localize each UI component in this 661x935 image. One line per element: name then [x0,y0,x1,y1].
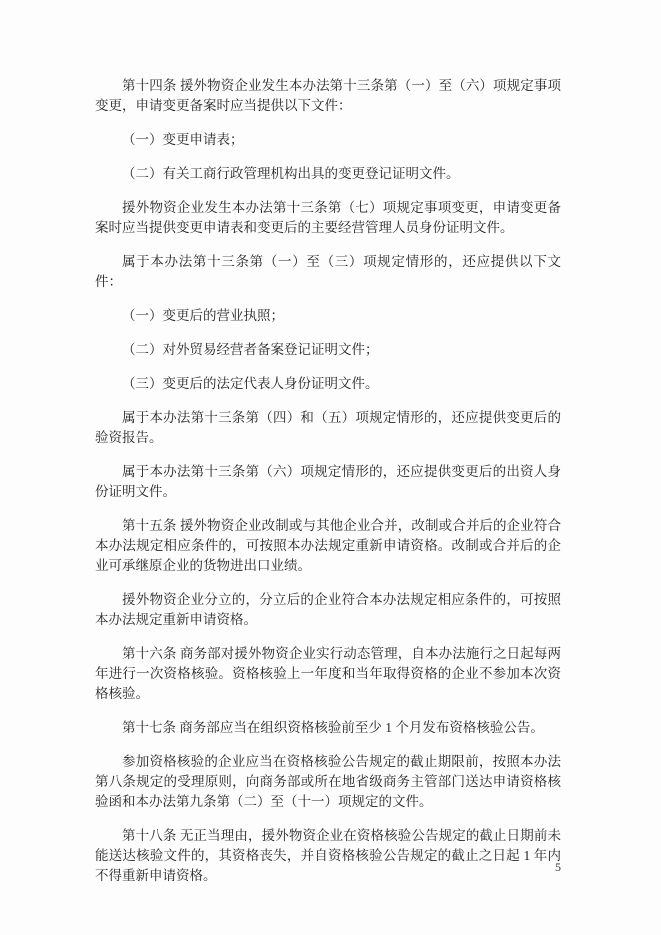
document-body: 第十四条 援外物资企业发生本办法第十三条第（一）至（六）项规定事项变更，申请变更… [95,76,561,900]
page-number: 5 [95,860,561,875]
para-article-14-item-1: （一）变更申请表； [95,130,561,150]
para-article-14-para-3: 属于本办法第十三条第（一）至（三）项规定情形的，还应提供以下文件： [95,252,561,292]
para-article-15-para-2: 援外物资企业分立的，分立后的企业符合本办法规定相应条件的，可按照本办法规定重新申… [95,590,561,630]
para-article-14-item-2: （二）有关工商行政管理机构出具的变更登记证明文件。 [95,164,561,184]
para-article-18-para-1: 第十八条 无正当理由，援外物资企业在资格核验公告规定的截止日期前未能送达核验文件… [95,826,561,886]
para-article-15-para-1: 第十五条 援外物资企业改制或与其他企业合并，改制或合并后的企业符合本办法规定相应… [95,516,561,576]
para-article-16-para-1: 第十六条 商务部对援外物资企业实行动态管理，自本办法施行之日起每两年进行一次资格… [95,644,561,704]
para-article-14-para-2: 援外物资企业发生本办法第十三条第（七）项规定事项变更，申请变更备案时应当提供变更… [95,198,561,238]
para-article-17-para-1: 第十七条 商务部应当在组织资格核验前至少 1 个月发布资格核验公告。 [95,718,561,738]
para-article-14-para-3-item-2: （二）对外贸易经营者备案登记证明文件； [95,340,561,360]
para-article-14-intro: 第十四条 援外物资企业发生本办法第十三条第（一）至（六）项规定事项变更，申请变更… [95,76,561,116]
document-page: 第十四条 援外物资企业发生本办法第十三条第（一）至（六）项规定事项变更，申请变更… [0,0,661,935]
para-article-17-para-2: 参加资格核验的企业应当在资格核验公告规定的截止期限前，按照本办法第八条规定的受理… [95,752,561,812]
para-article-14-para-3-item-3: （三）变更后的法定代表人身份证明文件。 [95,374,561,394]
para-article-14-para-4: 属于本办法第十三条第（四）和（五）项规定情形的，还应提供变更后的验资报告。 [95,408,561,448]
para-article-14-para-5: 属于本办法第十三条第（六）项规定情形的，还应提供变更后的出资人身份证明文件。 [95,462,561,502]
para-article-14-para-3-item-1: （一）变更后的营业执照； [95,306,561,326]
